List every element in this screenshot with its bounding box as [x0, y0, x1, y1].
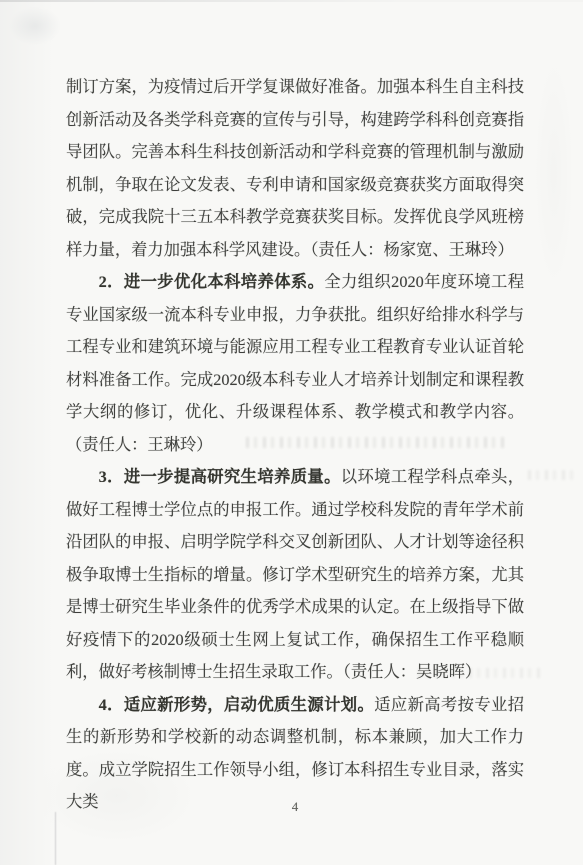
paper-crease	[55, 812, 56, 865]
paragraph-continued: 制订方案，为疫情过后开学复课做好准备。加强本科生自主科技创新活动及各类学科竞赛的…	[66, 71, 524, 266]
paragraph-lead: 2．进一步优化本科培养体系。	[99, 272, 325, 291]
bleed-through-smudge	[418, 668, 540, 678]
scanned-document-page: 制订方案，为疫情过后开学复课做好准备。加强本科生自主科技创新活动及各类学科竞赛的…	[0, 0, 583, 865]
bleed-through-smudge	[246, 437, 504, 448]
paragraph-lead: 4．适应新形势，启动优质生源计划。	[99, 695, 375, 714]
paragraph-text: 制订方案，为疫情过后开学复课做好准备。加强本科生自主科技创新活动及各类学科竞赛的…	[66, 77, 524, 259]
paragraph-item-3: 3．进一步提高研究生培养质量。以环境工程学科点牵头，做好工程博士学位点的申报工作…	[66, 461, 524, 689]
page-number: 4	[66, 799, 524, 815]
paragraph-text: 以环境工程学科点牵头，做好工程博士学位点的申报工作。通过学校科发院的青年学术前沿…	[66, 467, 524, 681]
paragraph-text: 全力组织2020年度环境工程专业国家级一流本科专业申报，力争获批。组织好给排水科…	[66, 272, 524, 454]
scan-top-edge-shadow	[0, 0, 583, 2]
paragraph-item-2: 2．进一步优化本科培养体系。全力组织2020年度环境工程专业国家级一流本科专业申…	[66, 266, 524, 461]
paragraph-lead: 3．进一步提高研究生培养质量。	[99, 467, 341, 486]
bleed-through-smudge	[528, 470, 578, 480]
